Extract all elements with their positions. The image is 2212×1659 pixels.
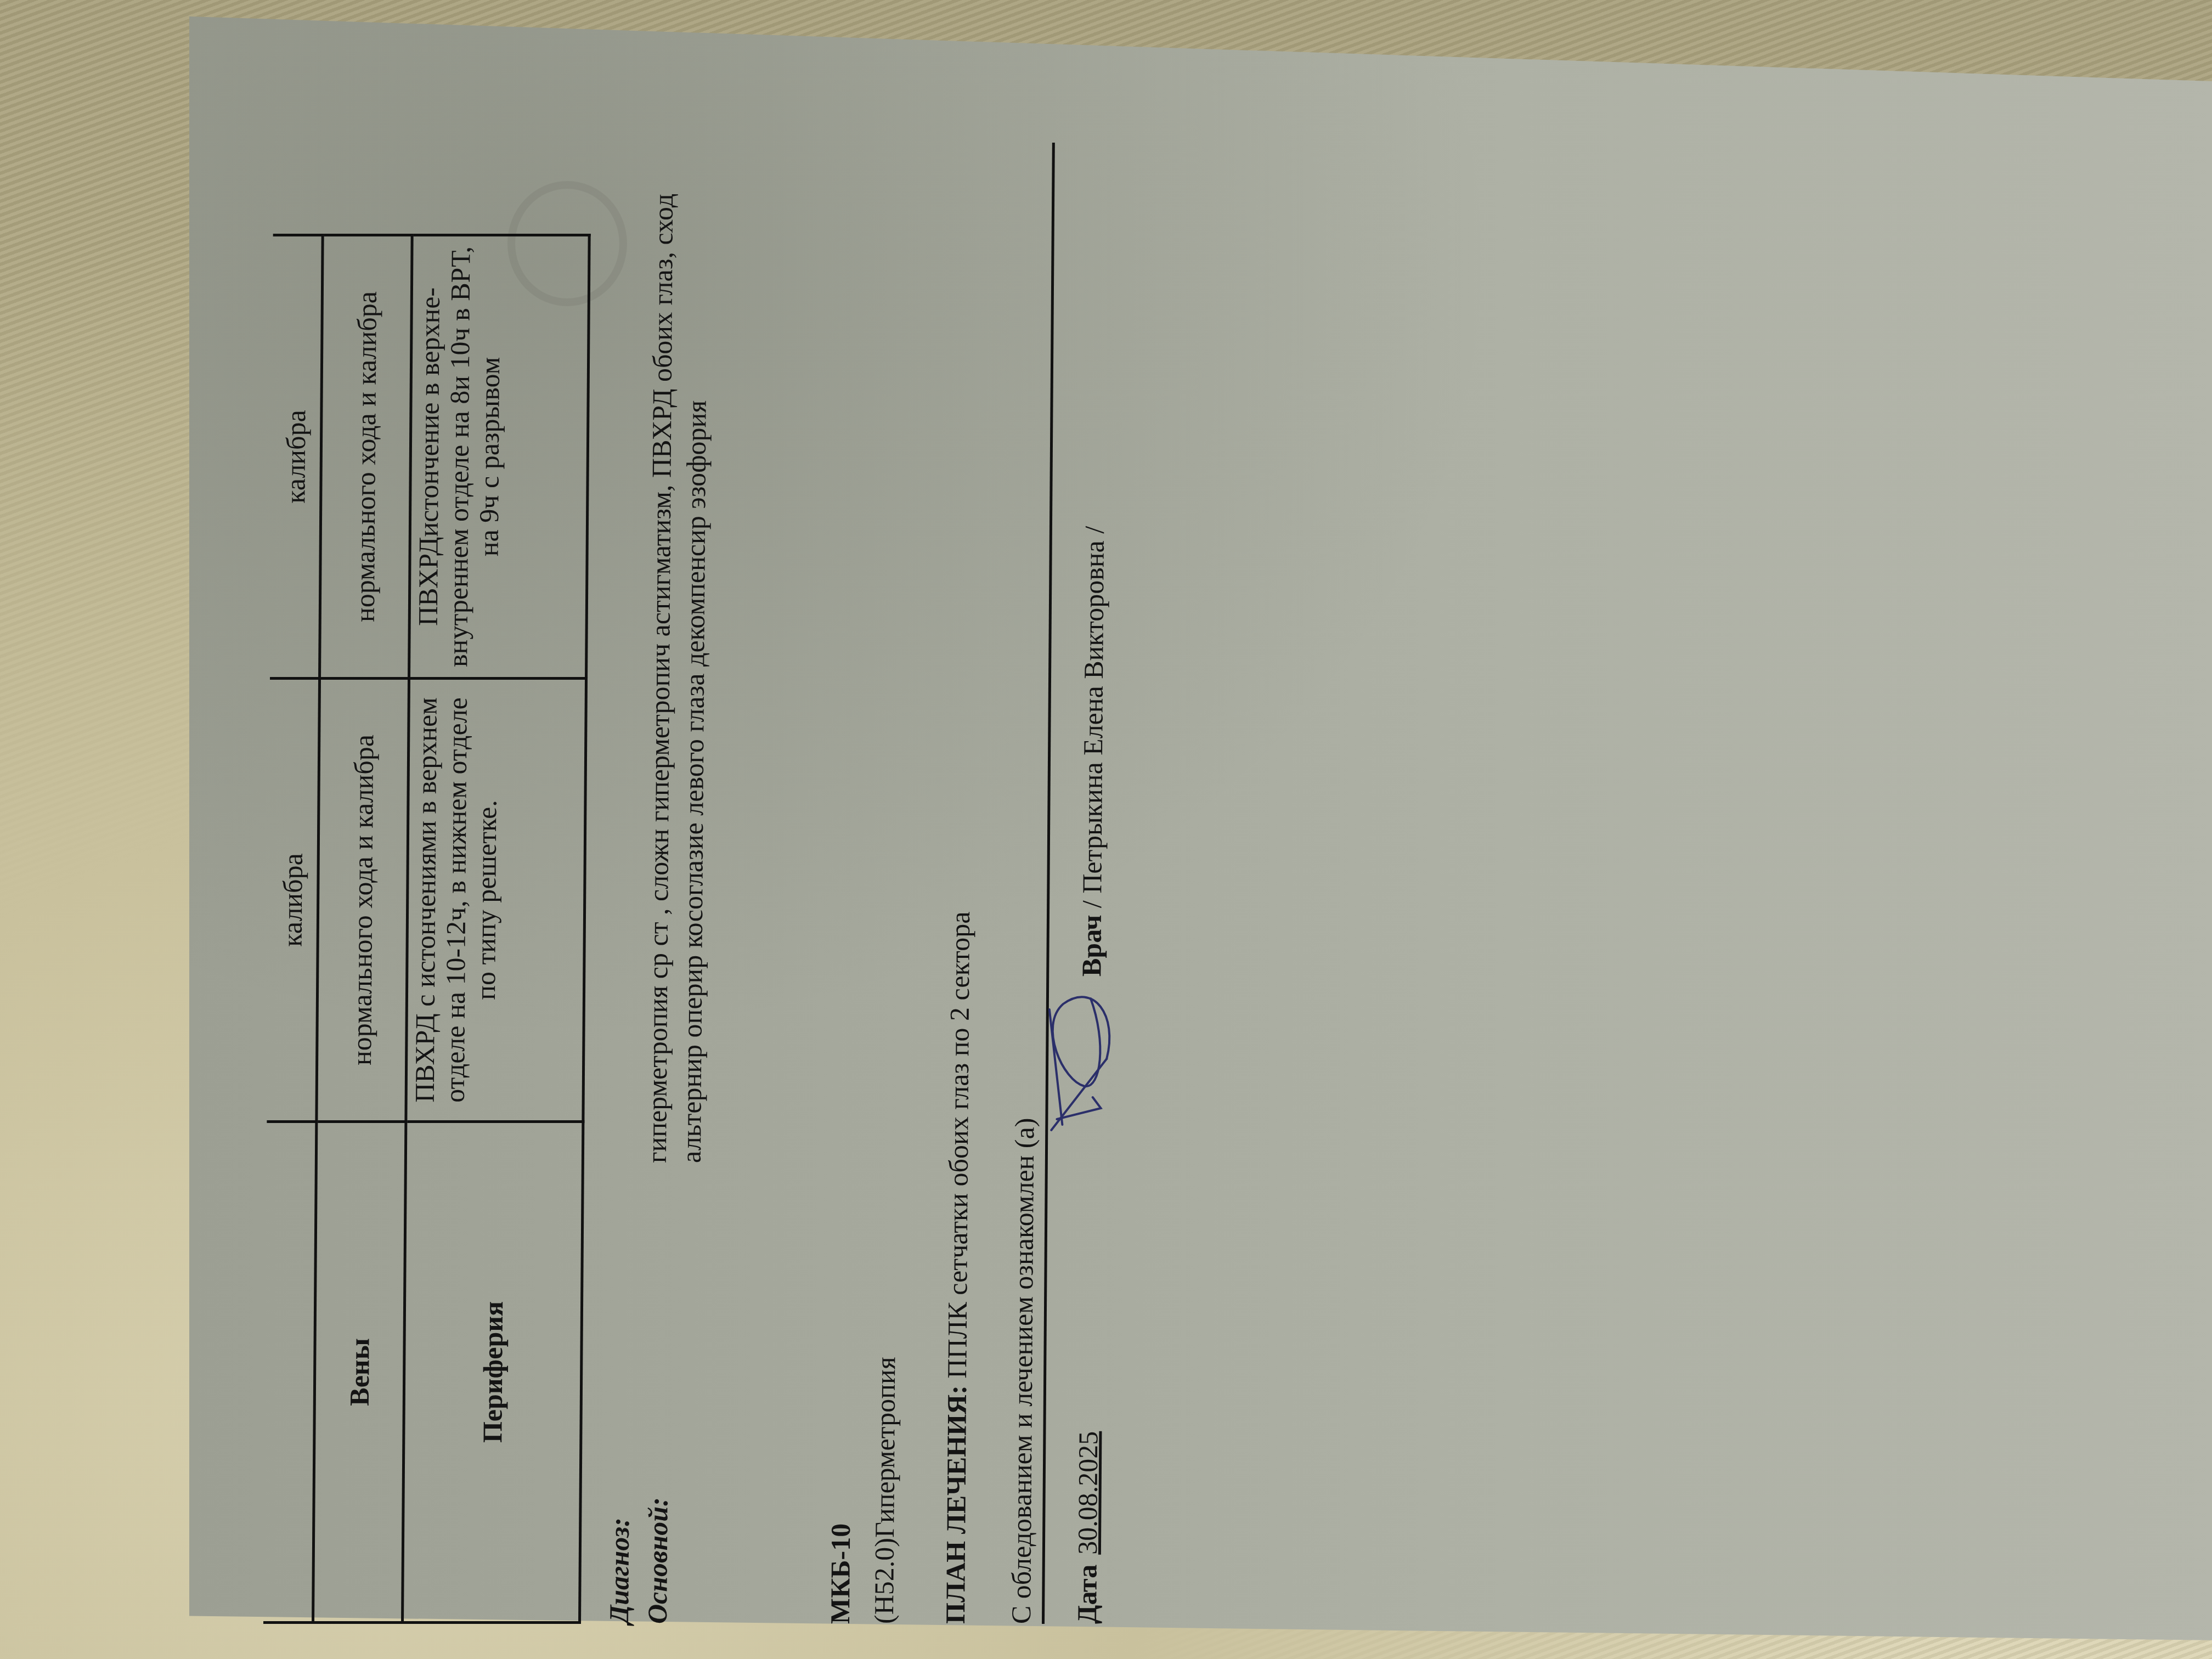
date-field: Дата30.08.2025 — [1070, 1431, 1105, 1624]
table-row: Вены нормального хода и калибра нормальн… — [313, 235, 413, 1623]
icd-title: МКБ-10 — [823, 1523, 858, 1624]
diagnosis-label: Диагноз: — [603, 1517, 635, 1624]
treatment-plan: ПЛАН ЛЕЧЕНИЯ: ППЛК сетчатки обоих глаз п… — [938, 912, 978, 1624]
acknowledgement-line: С обледованием и лечением ознакомлен (а) — [1004, 143, 1054, 1624]
main-diagnosis-label: Основной: — [642, 1497, 674, 1624]
icd-value: (H52.0)Гиперметропия — [867, 1357, 903, 1624]
signature-icon — [1040, 977, 1118, 1141]
table-cell: ПВХРДистончение в верхне-внутреннем отде… — [409, 235, 590, 679]
doctor-signature-line: Врач / Петрыкина Елена Викторовна / — [1074, 526, 1111, 977]
doctor-name: / Петрыкина Елена Викторовна / — [1076, 526, 1110, 915]
table-row: калибра калибра — [263, 235, 323, 1623]
table-row-header — [263, 1122, 317, 1623]
table-cell: нормального хода и калибра — [320, 235, 413, 679]
doctor-role: Врач — [1076, 915, 1107, 977]
table-row-header: Периферия — [403, 1122, 583, 1623]
treatment-plan-text: ППЛК сетчатки обоих глаз по 2 сектора — [941, 912, 975, 1386]
document-content: калибра калибра Вены нормального хода и … — [263, 132, 1130, 1624]
date-label: Дата — [1071, 1565, 1103, 1624]
exam-table: калибра калибра Вены нормального хода и … — [263, 234, 591, 1624]
table-row-header: Вены — [313, 1122, 406, 1623]
date-value: 30.08.2025 — [1072, 1431, 1104, 1555]
table-row: Периферия ПВХРД с истончениями в верхнем… — [403, 235, 590, 1623]
treatment-plan-label: ПЛАН ЛЕЧЕНИЯ: — [940, 1385, 972, 1624]
main-diagnosis-text: гиперметропия ср ст , сложн гиперметропи… — [640, 121, 715, 1163]
table-cell: нормального хода и калибра — [317, 679, 409, 1122]
table-cell: ПВХРД с истончениями в верхнем отделе на… — [406, 679, 586, 1122]
table-cell: калибра — [270, 235, 323, 679]
table-cell: калибра — [267, 679, 319, 1122]
